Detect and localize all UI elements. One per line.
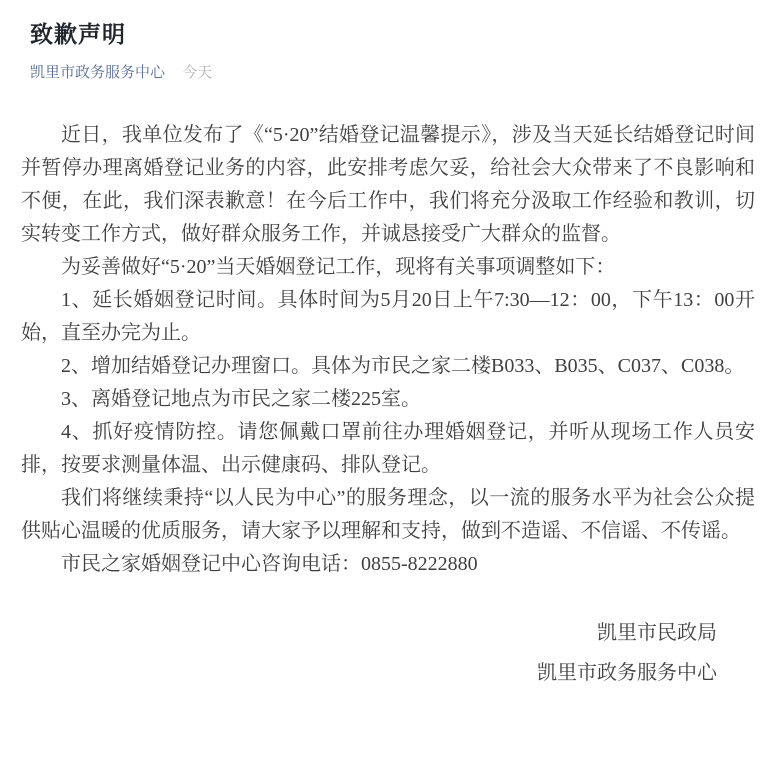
body-paragraph-intro: 近日，我单位发布了《“5·20”结婚登记温馨提示》，涉及当天延长结婚登记时间并暂… <box>21 119 755 251</box>
signature-line-civil-affairs-bureau: 凯里市民政局 <box>21 613 717 653</box>
article-body: 近日，我单位发布了《“5·20”结婚登记温馨提示》，涉及当天延长结婚登记时间并暂… <box>21 119 755 693</box>
signature-line-service-center: 凯里市政务服务中心 <box>21 653 717 693</box>
body-paragraph-adjustment-lead: 为妥善做好“5·20”当天婚姻登记工作，现将有关事项调整如下： <box>21 251 755 284</box>
publish-time: 今天 <box>182 64 212 81</box>
body-paragraph-item-1: 1、延长婚姻登记时间。具体时间为5月20日上午7:30—12：00，下午13：0… <box>21 284 755 350</box>
signature-block: 凯里市民政局 凯里市政务服务中心 <box>21 613 755 693</box>
account-name-link[interactable]: 凯里市政务服务中心 <box>30 64 165 81</box>
body-paragraph-item-2: 2、增加结婚登记办理窗口。具体为市民之家二楼B033、B035、C037、C03… <box>21 350 755 383</box>
body-paragraph-item-4: 4、抓好疫情防控。请您佩戴口罩前往办理婚姻登记，并听从现场工作人员安排，按要求测… <box>21 416 755 482</box>
article-title: 致歉声明 <box>30 20 755 48</box>
byline: 凯里市政务服务中心 今天 <box>30 63 755 83</box>
body-paragraph-phone: 市民之家婚姻登记中心咨询电话：0855-8222880 <box>21 548 755 581</box>
article-page: 致歉声明 凯里市政务服务中心 今天 近日，我单位发布了《“5·20”结婚登记温馨… <box>0 0 774 781</box>
body-paragraph-item-3: 3、离婚登记地点为市民之家二楼225室。 <box>21 383 755 416</box>
body-paragraph-closing: 我们将继续秉持“以人民为中心”的服务理念，以一流的服务水平为社会公众提供贴心温暖… <box>21 482 755 548</box>
